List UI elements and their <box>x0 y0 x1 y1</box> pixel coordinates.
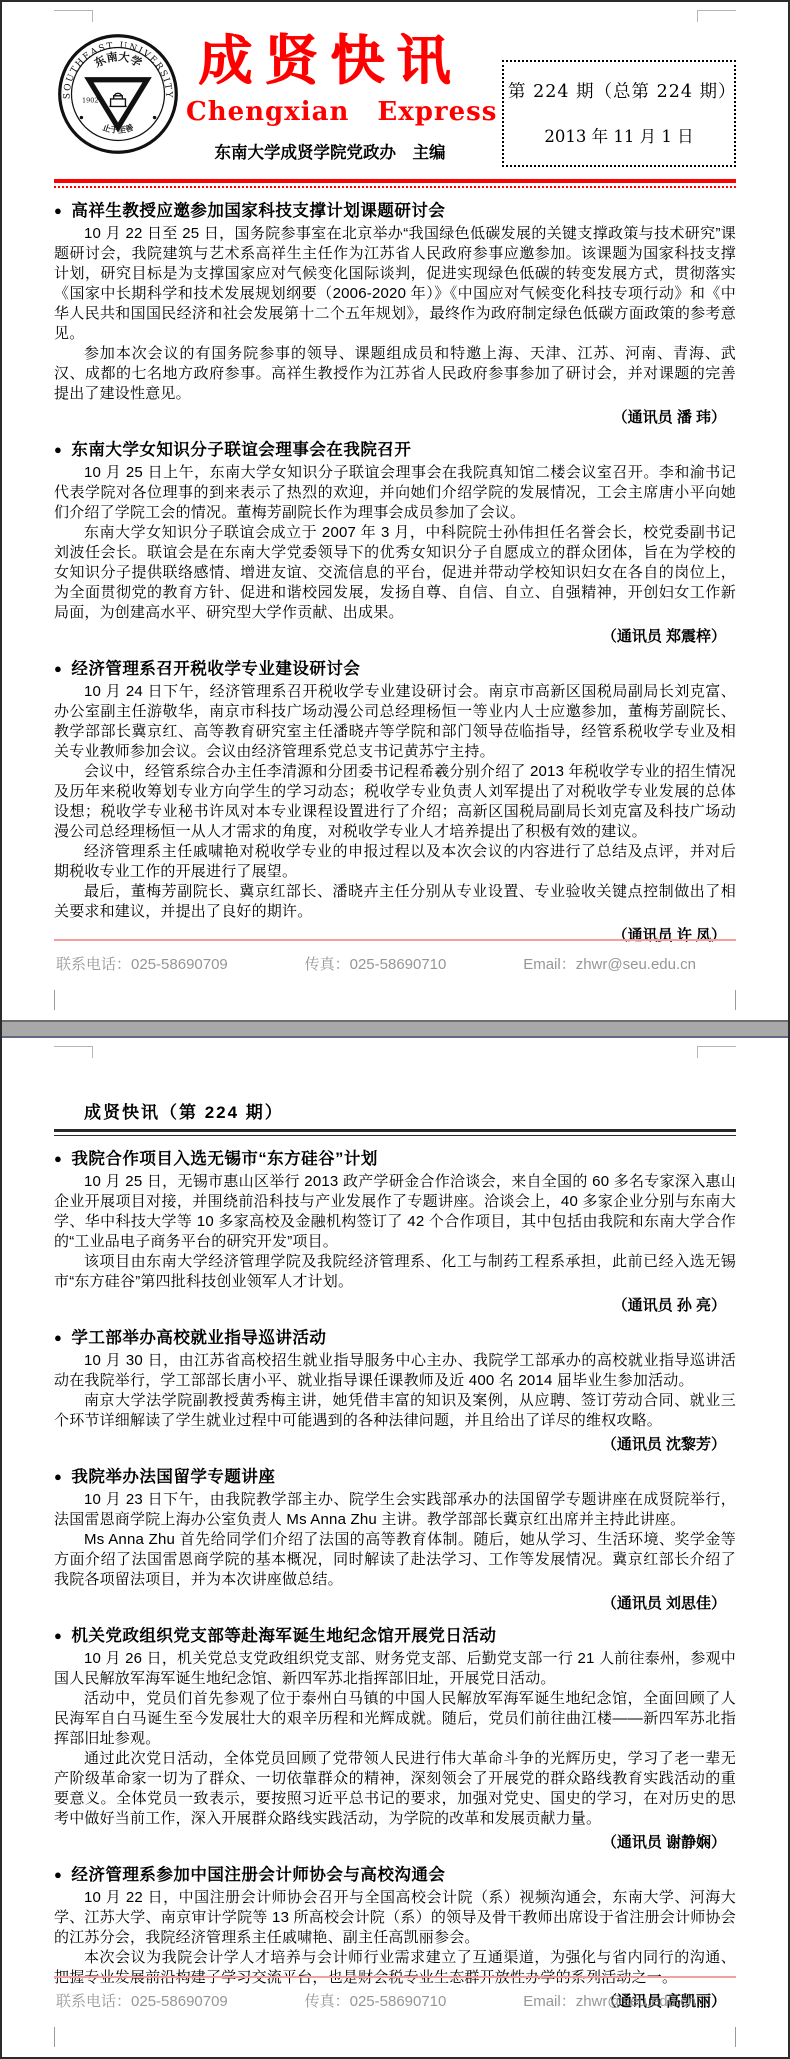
footer-phone: 联系电话：025-58690709 <box>56 953 228 974</box>
bullet-icon: ● <box>54 1151 62 1166</box>
article-byline: （通讯员 潘 玮） <box>54 406 736 427</box>
article-byline: （通讯员 谢静娴） <box>54 1831 736 1852</box>
article-title: ●我院举办法国留学专题讲座 <box>54 1463 736 1487</box>
article-paragraph: 10 月 30 日，由江苏省高校招生就业指导服务中心主办、我院学工部承办的高校就… <box>54 1351 736 1391</box>
bullet-icon: ● <box>54 203 62 218</box>
article-title-text: 高祥生教授应邀参加国家科技支撑计划课题研讨会 <box>71 202 445 220</box>
article: ●东南大学女知识分子联谊会理事会在我院召开10 月 25 日上午，东南大学女知识… <box>54 436 736 646</box>
bullet-icon: ● <box>54 661 62 676</box>
article-paragraph: 10 月 24 日下午，经济管理系召开税收学专业建设研讨会。南京市高新区国税局副… <box>54 682 736 762</box>
article: ●高祥生教授应邀参加国家科技支撑计划课题研讨会10 月 22 日至 25 日，国… <box>54 197 736 427</box>
article-paragraph: 10 月 25 日，无锡市惠山区举行 2013 政产学研金合作洽谈会，来自全国的… <box>54 1172 736 1252</box>
article-paragraph: 东南大学女知识分子联谊会成立于 2007 年 3 月，中科院院士孙伟担任名誉会长… <box>54 523 736 623</box>
masthead-title-block: 成贤快讯 Chengxian Express 东南大学成贤学院党政办 主编 <box>186 32 474 163</box>
newsletter-title-en: Chengxian Express <box>186 97 474 127</box>
crop-mark <box>54 1046 93 1058</box>
footer-fax-value: 025-58690710 <box>350 1993 447 2010</box>
footer-email-label: Email： <box>523 1993 576 2010</box>
article-paragraph: 10 月 23 日下午，由我院教学部主办、院学生会实践部承办的法国留学专题讲座在… <box>54 1490 736 1530</box>
article: ●经济管理系召开税收学专业建设研讨会10 月 24 日下午，经济管理系召开税收学… <box>54 655 736 945</box>
crop-mark <box>735 990 736 1010</box>
crop-mark <box>735 2027 736 2047</box>
article-paragraph: 10 月 25 日上午，东南大学女知识分子联谊会理事会在我院真知馆二楼会议室召开… <box>54 463 736 523</box>
footer-phone-value: 025-58690709 <box>131 1993 228 2010</box>
articles-page-1: ●高祥生教授应邀参加国家科技支撑计划课题研讨会10 月 22 日至 25 日，国… <box>54 197 736 945</box>
issue-box: 第 224 期（总第 224 期） 2013 年 11 月 1 日 <box>502 60 736 167</box>
masthead-divider <box>54 179 736 188</box>
article-title-text: 我院举办法国留学专题讲座 <box>71 1468 275 1486</box>
article-title: ●学工部举办高校就业指导巡讲活动 <box>54 1324 736 1348</box>
page-2: 成贤快讯（第 224 期） ●我院合作项目入选无锡市“东方硅谷”计划10 月 2… <box>2 1038 788 2057</box>
footer-email-label: Email： <box>523 956 576 973</box>
bullet-icon: ● <box>54 1867 62 1882</box>
article-title: ●机关党政组织党支部等赴海军诞生地纪念馆开展党日活动 <box>54 1622 736 1646</box>
article-title-text: 学工部举办高校就业指导巡讲活动 <box>71 1329 326 1347</box>
article-title: ●经济管理系召开税收学专业建设研讨会 <box>54 655 736 679</box>
footer-phone: 联系电话：025-58690709 <box>56 1990 228 2011</box>
footer-fax-value: 025-58690710 <box>350 956 447 973</box>
article-paragraph: Ms Anna Zhu 首先给同学们介绍了法国的高等教育体制。随后，她从学习、生… <box>54 1530 736 1590</box>
article-title-text: 东南大学女知识分子联谊会理事会在我院召开 <box>71 441 411 459</box>
newsletter-title-cn: 成贤快讯 <box>186 32 474 89</box>
article-title: ●我院合作项目入选无锡市“东方硅谷”计划 <box>54 1145 736 1169</box>
svg-text:1902: 1902 <box>82 97 98 105</box>
bullet-icon: ● <box>54 1628 62 1643</box>
article-title-text: 经济管理系参加中国注册会计师协会与高校沟通会 <box>71 1866 445 1884</box>
page2-header-title: 成贤快讯（第 224 期） <box>54 1098 736 1123</box>
footer-phone-label: 联系电话： <box>56 1993 131 2010</box>
publisher-line: 东南大学成贤学院党政办 主编 <box>186 139 474 163</box>
crop-mark <box>54 2027 55 2047</box>
university-seal-logo: SOUTHEAST UNIVERSITY 东南大学 1902 止于至善 <box>56 32 180 156</box>
article-title-text: 我院合作项目入选无锡市“东方硅谷”计划 <box>71 1150 378 1168</box>
article: ●我院举办法国留学专题讲座10 月 23 日下午，由我院教学部主办、院学生会实践… <box>54 1463 736 1613</box>
footer-fax-label: 传真： <box>305 956 350 973</box>
article-title: ●高祥生教授应邀参加国家科技支撑计划课题研讨会 <box>54 197 736 221</box>
article-paragraph: 该项目由东南大学经济管理学院及我院经济管理系、化工与制药工程系承担，此前已经入选… <box>54 1252 736 1292</box>
footer-fax-label: 传真： <box>305 1993 350 2010</box>
page2-header-divider <box>54 1129 736 1136</box>
article-title-text: 经济管理系召开税收学专业建设研讨会 <box>71 660 360 678</box>
footer-email: Email：zhwr@seu.edu.cn <box>523 953 696 974</box>
article-title: ●东南大学女知识分子联谊会理事会在我院召开 <box>54 436 736 460</box>
article-byline: （通讯员 刘思佳） <box>54 1592 736 1613</box>
article-title: ●经济管理系参加中国注册会计师协会与高校沟通会 <box>54 1861 736 1885</box>
footer-email-value: zhwr@seu.edu.cn <box>576 956 696 973</box>
page2-header: 成贤快讯（第 224 期） <box>54 1098 736 1136</box>
article-paragraph: 参加本次会议的有国务院参事的领导、课题组成员和特邀上海、天津、江苏、河南、青海、… <box>54 344 736 404</box>
footer-fax: 传真：025-58690710 <box>305 953 447 974</box>
crop-mark <box>54 10 93 22</box>
article-paragraph: 通过此次党日活动，全体党员回顾了党带领人民进行伟大革命斗争的光辉历史，学习了老一… <box>54 1749 736 1829</box>
article-paragraph: 南京大学法学院副教授黄秀梅主讲，她凭借丰富的知识及案例，从应聘、签订劳动合同、就… <box>54 1391 736 1431</box>
article-byline: （通讯员 郑震梓） <box>54 625 736 646</box>
crop-mark <box>54 990 55 1010</box>
page-footer: 联系电话：025-58690709 传真：025-58690710 Email：… <box>54 939 736 974</box>
page-1: SOUTHEAST UNIVERSITY 东南大学 1902 止于至善 <box>2 2 788 1020</box>
crop-mark <box>697 10 736 22</box>
article-paragraph: 最后，董梅芳副院长、冀京红部长、潘晓卉主任分别从专业设置、专业验收关键点控制做出… <box>54 882 736 922</box>
issue-number: 第 224 期（总第 224 期） <box>508 78 730 103</box>
footer-email-value: zhwr@seu.edu.cn <box>576 1993 696 2010</box>
crop-mark <box>697 1046 736 1058</box>
page-break-band <box>2 1020 788 1038</box>
footer-phone-label: 联系电话： <box>56 956 131 973</box>
bullet-icon: ● <box>54 1469 62 1484</box>
footer-phone-value: 025-58690709 <box>131 956 228 973</box>
bullet-icon: ● <box>54 1330 62 1345</box>
issue-date: 2013 年 11 月 1 日 <box>508 123 730 147</box>
article-paragraph: 活动中，党员们首先参观了位于泰州白马镇的中国人民解放军海军诞生地纪念馆，全面回顾… <box>54 1689 736 1749</box>
bullet-icon: ● <box>54 442 62 457</box>
article-paragraph: 会议中，经管系综合办主任李清源和分团委书记程希羲分别介绍了 2013 年税收学专… <box>54 762 736 842</box>
newsletter-document: SOUTHEAST UNIVERSITY 东南大学 1902 止于至善 <box>0 0 790 2059</box>
article-title-text: 机关党政组织党支部等赴海军诞生地纪念馆开展党日活动 <box>71 1627 496 1645</box>
page-footer: 联系电话：025-58690709 传真：025-58690710 Email：… <box>54 1976 736 2011</box>
footer-fax: 传真：025-58690710 <box>305 1990 447 2011</box>
article-paragraph: 经济管理系主任戚啸艳对税收学专业的申报过程以及本次会议的内容进行了总结及点评，并… <box>54 842 736 882</box>
article-byline: （通讯员 沈黎芳） <box>54 1433 736 1454</box>
seal-icon: SOUTHEAST UNIVERSITY 东南大学 1902 止于至善 <box>56 32 180 156</box>
article: ●机关党政组织党支部等赴海军诞生地纪念馆开展党日活动10 月 26 日，机关党总… <box>54 1622 736 1852</box>
article-paragraph: 10 月 22 日，中国注册会计师协会召开与全国高校会计院（系）视频沟通会，东南… <box>54 1888 736 1948</box>
masthead: SOUTHEAST UNIVERSITY 东南大学 1902 止于至善 <box>54 32 736 167</box>
article-paragraph: 10 月 26 日，机关党总支党政组织党支部、财务党支部、后勤党支部一行 21 … <box>54 1649 736 1689</box>
article-byline: （通讯员 孙 亮） <box>54 1294 736 1315</box>
article-paragraph: 10 月 22 日至 25 日，国务院参事室在北京举办“我国绿色低碳发展的关键支… <box>54 224 736 344</box>
articles-page-2: ●我院合作项目入选无锡市“东方硅谷”计划10 月 25 日，无锡市惠山区举行 2… <box>54 1145 736 2011</box>
footer-email: Email：zhwr@seu.edu.cn <box>523 1990 696 2011</box>
article: ●学工部举办高校就业指导巡讲活动10 月 30 日，由江苏省高校招生就业指导服务… <box>54 1324 736 1454</box>
article: ●我院合作项目入选无锡市“东方硅谷”计划10 月 25 日，无锡市惠山区举行 2… <box>54 1145 736 1315</box>
